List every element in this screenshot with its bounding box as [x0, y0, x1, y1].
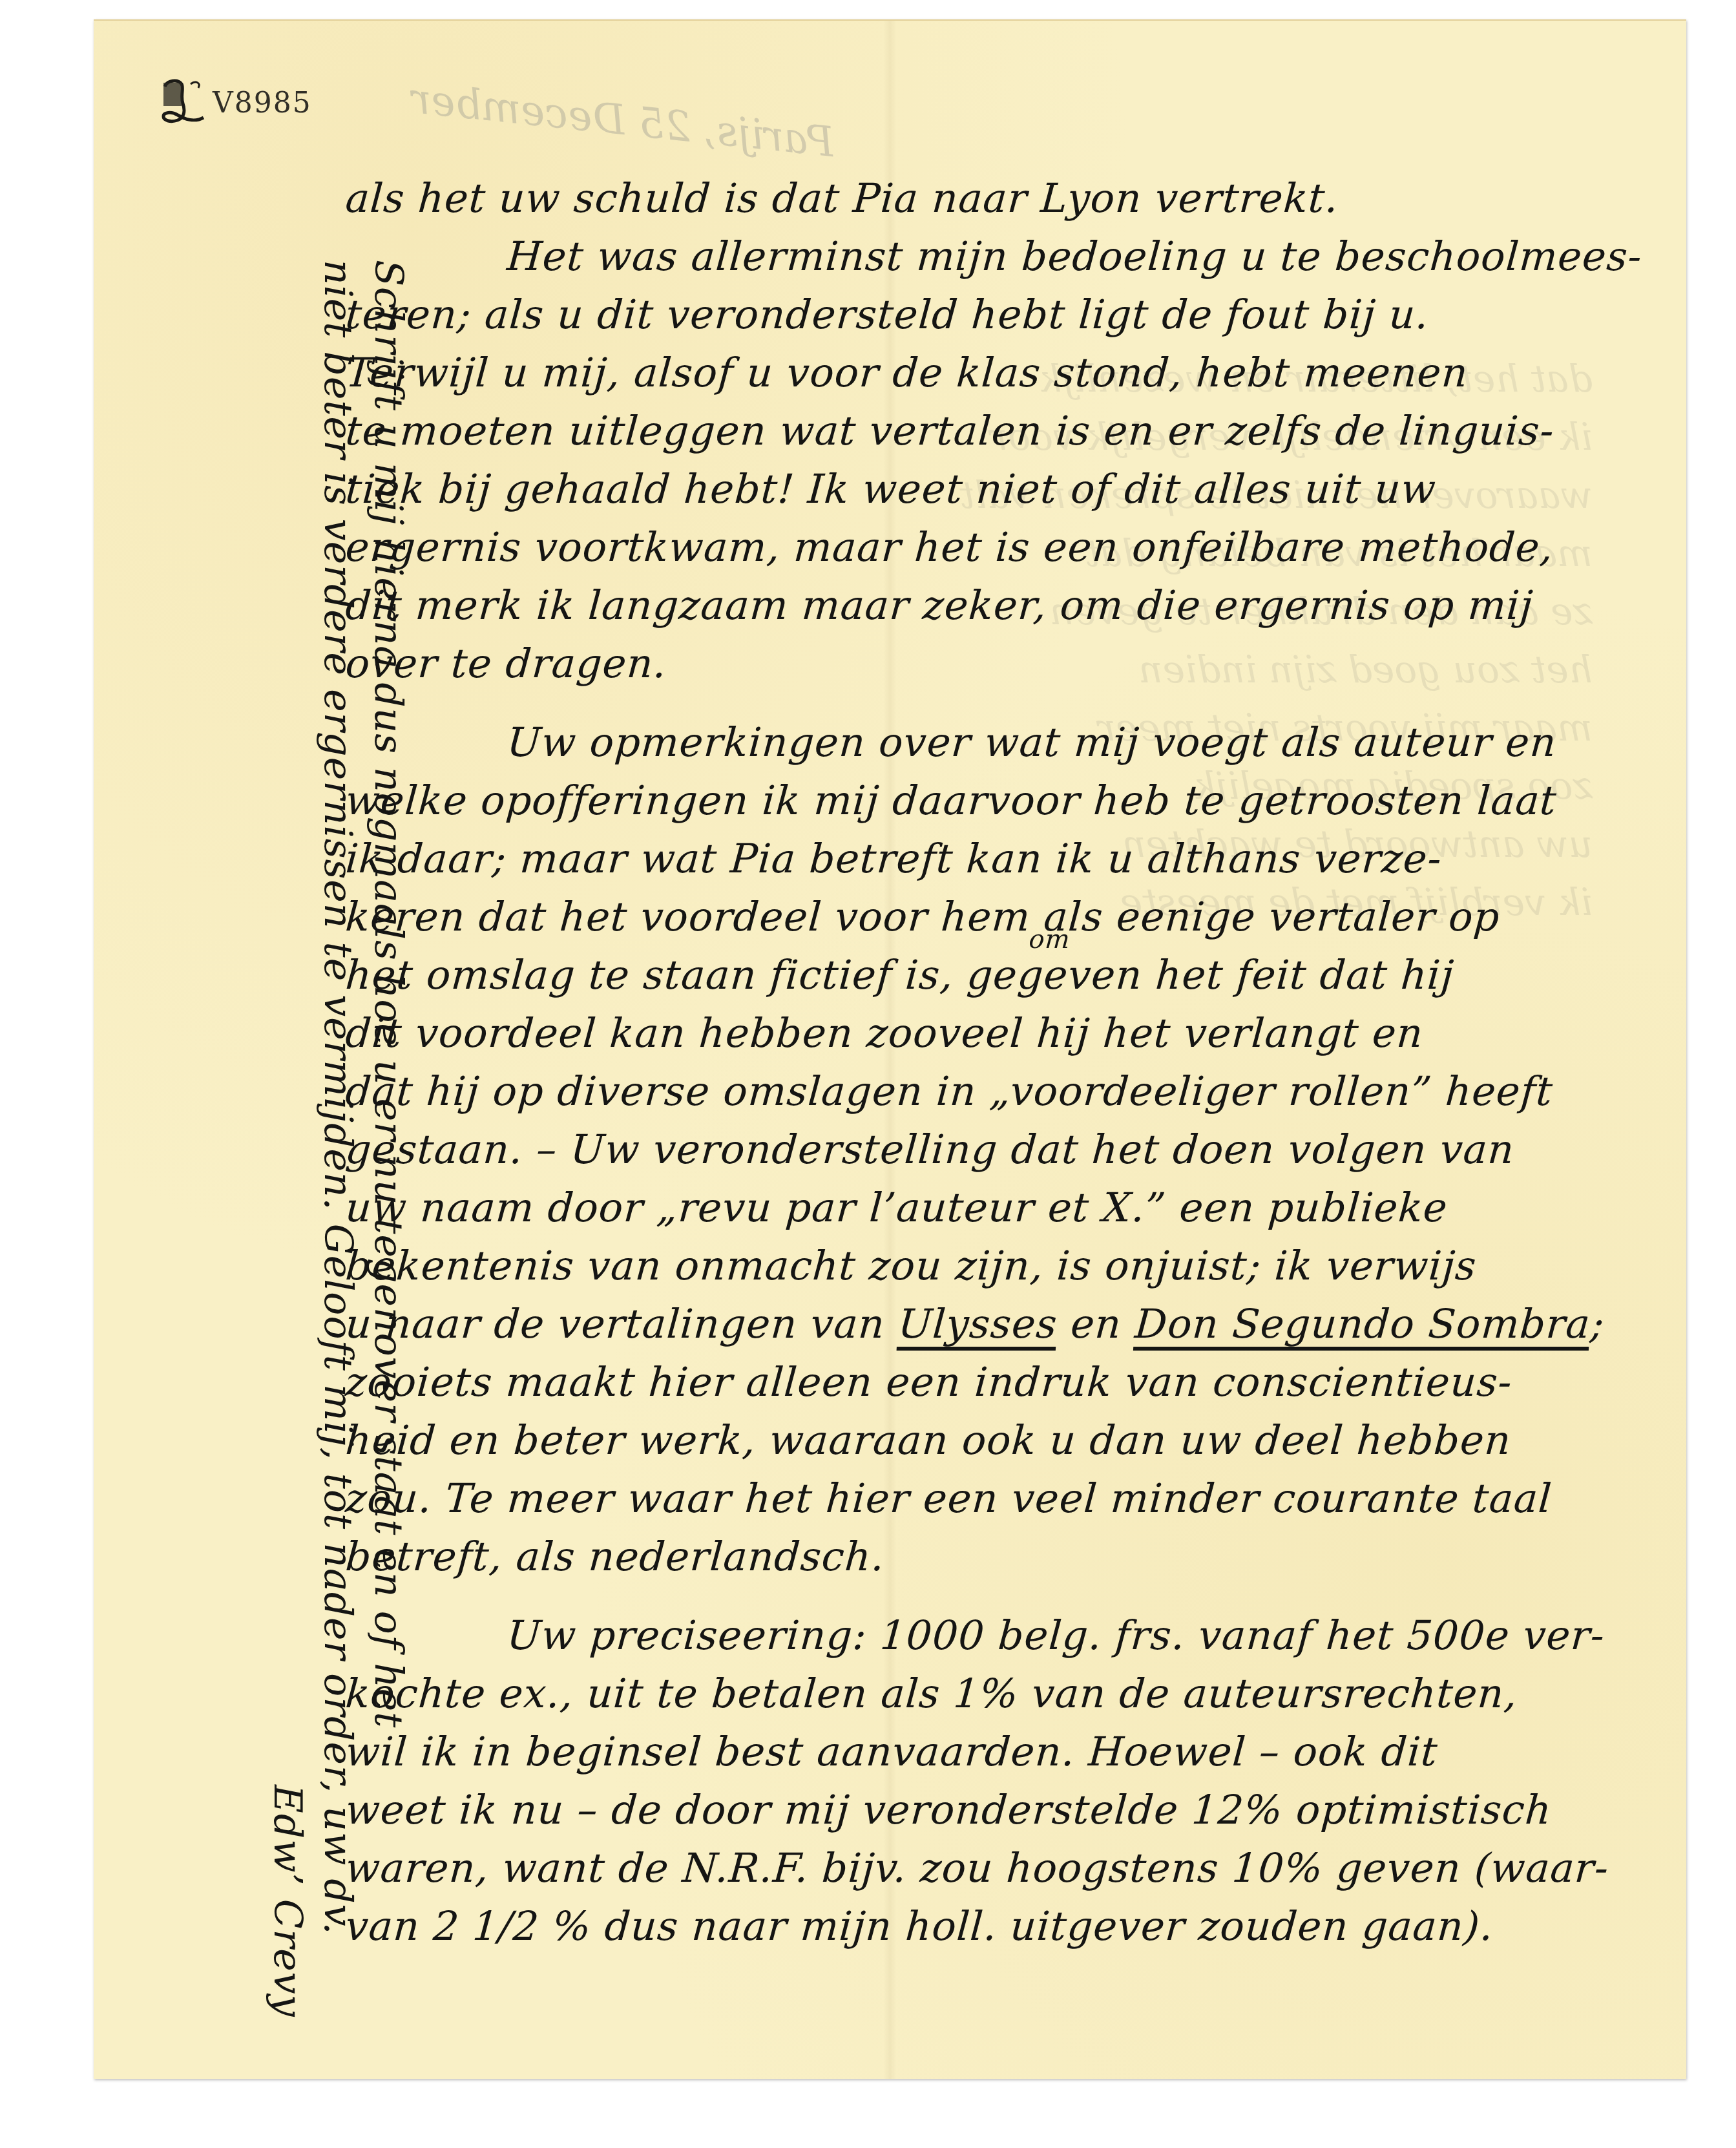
letter-line: bekentenis van onmacht zou zijn, is onju… [344, 1237, 1691, 1295]
underlined-title-ulysses: Ulysses [897, 1300, 1059, 1347]
letter-line: kochte ex., uit te betalen als 1% van de… [344, 1665, 1691, 1723]
line-text: u naar de vertalingen van [344, 1300, 900, 1347]
letter-line: zooiets maakt hier alleen een indruk van… [344, 1353, 1691, 1411]
letter-line: over te dragen. [344, 635, 1691, 693]
letter-line: van 2 1/2 % dus naar mijn holl. uitgever… [344, 1897, 1691, 1955]
letter-line: dit merk ik langzaam maar zeker, om die … [344, 576, 1691, 635]
letter-line: welke opofferingen ik mij daarvoor heb t… [344, 772, 1691, 830]
letter-body: als het uw schuld is dat Pia naar Lyon v… [346, 169, 1689, 1955]
letter-line: teren; als u dit verondersteld hebt ligt… [344, 286, 1691, 344]
letter-line: ergernis voortkwam, maar het is een onfe… [344, 518, 1691, 576]
letter-line-with-titles: u naar de vertalingen van Ulysses en Don… [344, 1295, 1691, 1353]
letter-line: Terwijl u mij, alsof u voor de klas ston… [344, 344, 1691, 402]
letter-line: dat hij op diverse omslagen in „voordeel… [344, 1062, 1691, 1121]
line-text: en [1056, 1300, 1136, 1347]
letter-line: het omslag te staan fictief is, gegeven … [344, 946, 1691, 1004]
letter-page: V8985 Parijs, 25 December dat het, litte… [94, 19, 1686, 2079]
letter-line: tiek bij gehaald hebt! Ik weet niet of d… [344, 460, 1691, 518]
letter-line: ik daar; maar wat Pia betreft kan ik u a… [344, 830, 1691, 888]
underlined-title-don-segundo-sombra: Don Segundo Sombra [1133, 1300, 1592, 1347]
letter-line: gestaan. – Uw veronderstelling dat het d… [344, 1121, 1691, 1179]
library-stamp-emblem-icon [158, 78, 209, 132]
line-text: als eenige vertaler op [1029, 893, 1501, 940]
margin-line: Schrijft u mij hierna dus nogmaals hoe u… [363, 260, 413, 2089]
letter-line: te moeten uitleggen wat vertalen is en e… [344, 402, 1691, 460]
letter-line: zou. Te meer waar het hier een veel mind… [344, 1469, 1691, 1528]
letter-line: waren, want de N.R.F. bijv. zou hoogsten… [344, 1839, 1691, 1897]
letter-line-with-insertion: keren dat het voordeel voor hemom als ee… [344, 888, 1691, 946]
archive-stamp: V8985 [158, 78, 312, 132]
bleed-through-date: Parijs, 25 December [409, 75, 837, 167]
letter-line: als het uw schuld is dat Pia naar Lyon v… [344, 169, 1691, 227]
vertical-margin-note: Schrijft u mij hierna dus nogmaals hoe u… [246, 260, 413, 2089]
letter-line: Het was allerminst mijn bedoeling u te b… [344, 227, 1691, 286]
line-text: keren dat het voordeel voor hem [344, 893, 1032, 940]
line-text: ; [1589, 1300, 1606, 1347]
letter-line: dit voordeel kan hebben zooveel hij het … [344, 1004, 1691, 1062]
signature: Edw’ Crevy [262, 260, 313, 2089]
archive-number: V8985 [213, 89, 312, 132]
letter-line: uw naam door „revu par l’auteur et X.” e… [344, 1179, 1691, 1237]
letter-line: heid en beter werk, waaraan ook u dan uw… [344, 1411, 1691, 1469]
letter-line: wil ik in beginsel best aanvaarden. Hoew… [344, 1723, 1691, 1781]
letter-line: weet ik nu – de door mij veronderstelde … [344, 1781, 1691, 1839]
letter-line: Uw preciseering: 1000 belg. frs. vanaf h… [344, 1606, 1691, 1665]
margin-line: niet beter is verdere ergernissen te ver… [313, 260, 363, 2089]
letter-line: Uw opmerkingen over wat mij voegt als au… [344, 713, 1691, 772]
letter-line: betreft, als nederlandsch. [344, 1528, 1691, 1586]
